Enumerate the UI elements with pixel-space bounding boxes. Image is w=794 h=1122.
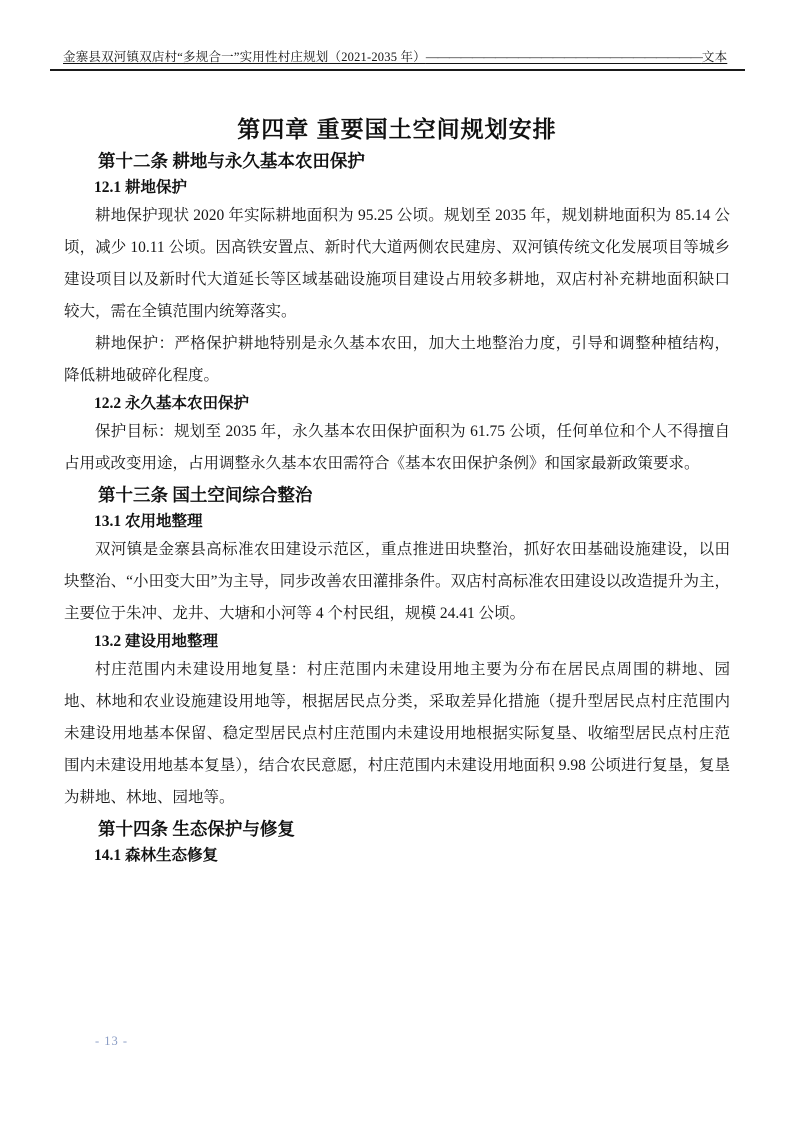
article-13-heading: 第十三条 国土空间综合整治: [64, 480, 730, 510]
section-13-1-heading: 13.1 农用地整理: [64, 510, 730, 534]
section-13-2-heading: 13.2 建设用地整理: [64, 630, 730, 654]
document-page: 金寨县双河镇双店村“多规合一”实用性村庄规划（2021-2035 年）—————…: [0, 0, 794, 1122]
paragraph-12-1-a: 耕地保护现状 2020 年实际耕地面积为 95.25 公顷。规划至 2035 年…: [64, 200, 730, 328]
article-14-heading: 第十四条 生态保护与修复: [64, 814, 730, 844]
section-12-1-heading: 12.1 耕地保护: [64, 176, 730, 200]
article-12-heading: 第十二条 耕地与永久基本农田保护: [64, 146, 730, 176]
header-separator: ————————————————————————: [426, 50, 702, 64]
header-doc-type-label: 文本: [702, 50, 727, 64]
paragraph-13-1: 双河镇是金寨县高标准农田建设示范区，重点推进田块整治，抓好农田基础设施建设，以田…: [64, 534, 730, 630]
section-14-1-heading: 14.1 森林生态修复: [64, 844, 730, 868]
page-number: - 13 -: [95, 1033, 128, 1049]
paragraph-13-2: 村庄范围内未建设用地复垦：村庄范围内未建设用地主要为分布在居民点周围的耕地、园地…: [64, 654, 730, 814]
chapter-title: 第四章 重要国土空间规划安排: [64, 112, 730, 146]
paragraph-12-1-b: 耕地保护：严格保护耕地特别是永久基本农田，加大土地整治力度，引导和调整种植结构，…: [64, 328, 730, 392]
header-title: 金寨县双河镇双店村“多规合一”实用性村庄规划（2021-2035 年）: [63, 50, 426, 64]
page-header: 金寨县双河镇双店村“多规合一”实用性村庄规划（2021-2035 年）—————…: [50, 48, 745, 71]
section-12-2-heading: 12.2 永久基本农田保护: [64, 392, 730, 416]
header-line: 金寨县双河镇双店村“多规合一”实用性村庄规划（2021-2035 年）—————…: [63, 49, 727, 66]
paragraph-12-2: 保护目标：规划至 2035 年，永久基本农田保护面积为 61.75 公顷，任何单…: [64, 416, 730, 480]
document-body: 第四章 重要国土空间规划安排 第十二条 耕地与永久基本农田保护 12.1 耕地保…: [64, 72, 730, 868]
